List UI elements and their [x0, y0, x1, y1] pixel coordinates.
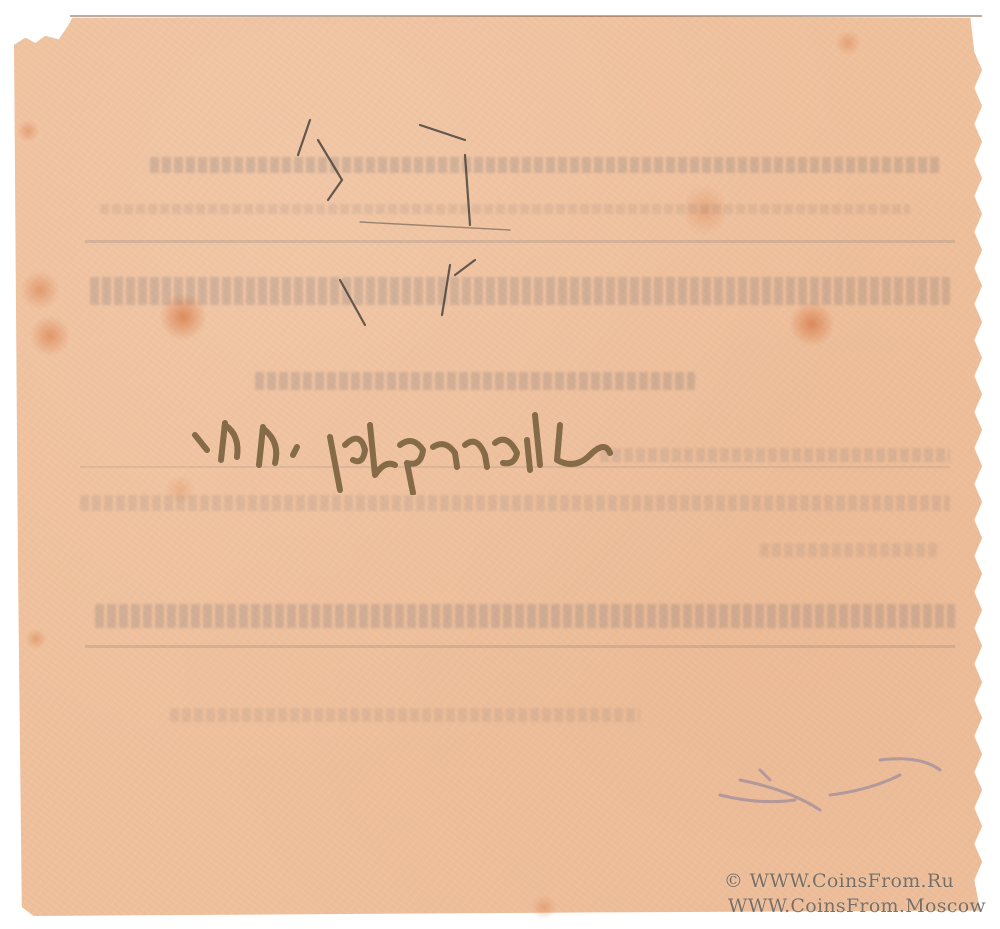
- paper-top-edge: [70, 15, 982, 17]
- foxing-spot: [30, 315, 70, 357]
- foxing-spot: [530, 895, 558, 919]
- foxing-spot: [16, 120, 40, 142]
- foxing-spot: [26, 628, 46, 650]
- faded-stamp: [700, 740, 950, 830]
- bleed-through-caption: [170, 708, 640, 722]
- bleed-through-body-line: [600, 448, 950, 462]
- document-photo: © WWW.CoinsFrom.Ru WWW.CoinsFrom.Moscow: [0, 0, 1000, 929]
- bleed-through-footer-title: [95, 604, 955, 628]
- foxing-spot: [20, 270, 60, 310]
- bleed-through-header: [150, 157, 940, 173]
- watermark-line-2: WWW.CoinsFrom.Moscow: [728, 895, 986, 917]
- bleed-through-body-line: [760, 543, 940, 557]
- handwritten-signature: [185, 405, 625, 495]
- foxing-spot: [835, 30, 861, 56]
- bleed-through-centered-line: [255, 372, 695, 390]
- watermark-line-1: © WWW.CoinsFrom.Ru: [724, 870, 954, 892]
- pencil-mark: [280, 110, 540, 340]
- bleed-through-body-line: [80, 495, 950, 511]
- foxing-spot: [790, 300, 834, 348]
- bleed-through-rule: [85, 645, 955, 648]
